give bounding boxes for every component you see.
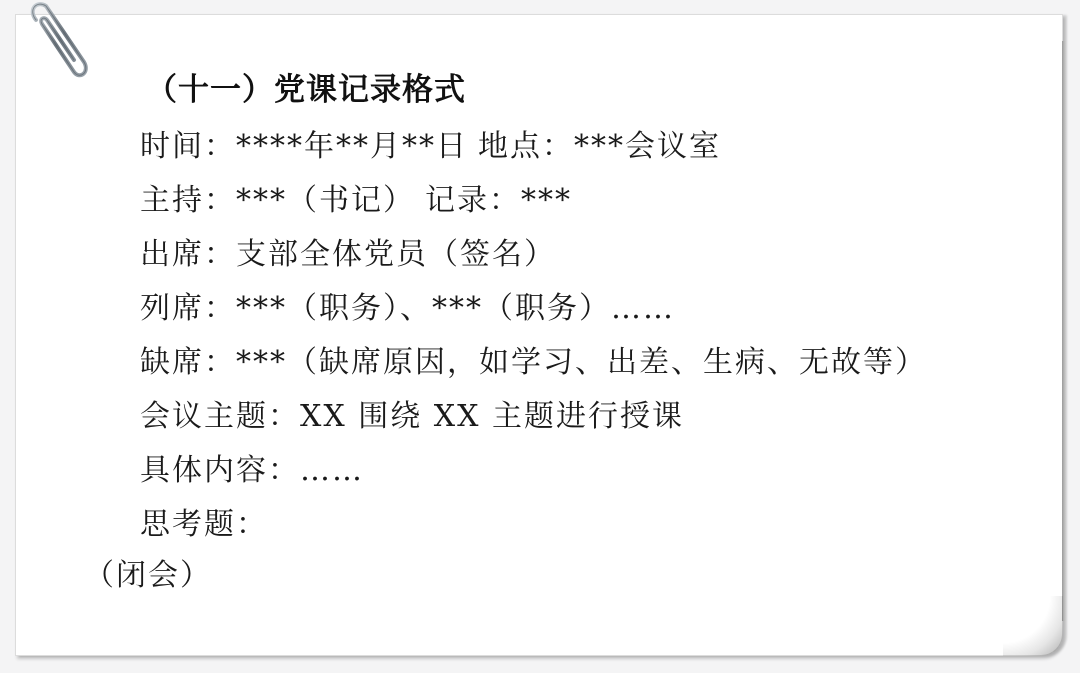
meeting-topic-line: 会议主题：XX 围绕 XX 主题进行授课 (140, 391, 684, 435)
observers-value: ***（职务）、***（职务）…… (236, 291, 675, 326)
absence-line: 缺席：***（缺席原因，如学习、出差、生病、无故等） (140, 337, 927, 381)
attendance-label: 出席： (140, 237, 236, 272)
recorder-value: *** (521, 183, 572, 218)
questions-line: 思考题： (140, 499, 268, 543)
location-value: ***会议室 (574, 129, 721, 164)
document-content: （十一）党课记录格式 时间：****年**月**日地点：***会议室 主持：**… (0, 0, 1080, 673)
questions-label: 思考题： (140, 507, 268, 542)
closing-line: （闭会） (84, 550, 212, 594)
host-recorder-line: 主持：***（书记）记录：*** (140, 175, 572, 219)
document-title: （十一）党课记录格式 (146, 64, 466, 109)
attendance-value: 支部全体党员（签名） (236, 237, 556, 272)
host-label: 主持： (140, 183, 236, 218)
content-value: …… (300, 453, 364, 488)
content-label: 具体内容： (140, 453, 300, 488)
absence-label: 缺席： (140, 345, 236, 380)
paperclip-icon (22, 0, 92, 80)
topic-label: 会议主题： (140, 399, 300, 434)
host-value: ***（书记） (236, 183, 415, 218)
attendance-line: 出席：支部全体党员（签名） (140, 229, 556, 273)
time-label: 时间： (140, 129, 236, 164)
time-location-line: 时间：****年**月**日地点：***会议室 (140, 121, 721, 165)
observers-line: 列席：***（职务）、***（职务）…… (140, 283, 675, 327)
time-value: ****年**月**日 (236, 129, 468, 164)
observers-label: 列席： (140, 291, 236, 326)
location-label: 地点： (478, 129, 574, 164)
absence-value: ***（缺席原因，如学习、出差、生病、无故等） (236, 345, 927, 380)
recorder-label: 记录： (425, 183, 521, 218)
topic-value: XX 围绕 XX 主题进行授课 (300, 399, 684, 434)
content-line: 具体内容：…… (140, 445, 364, 489)
